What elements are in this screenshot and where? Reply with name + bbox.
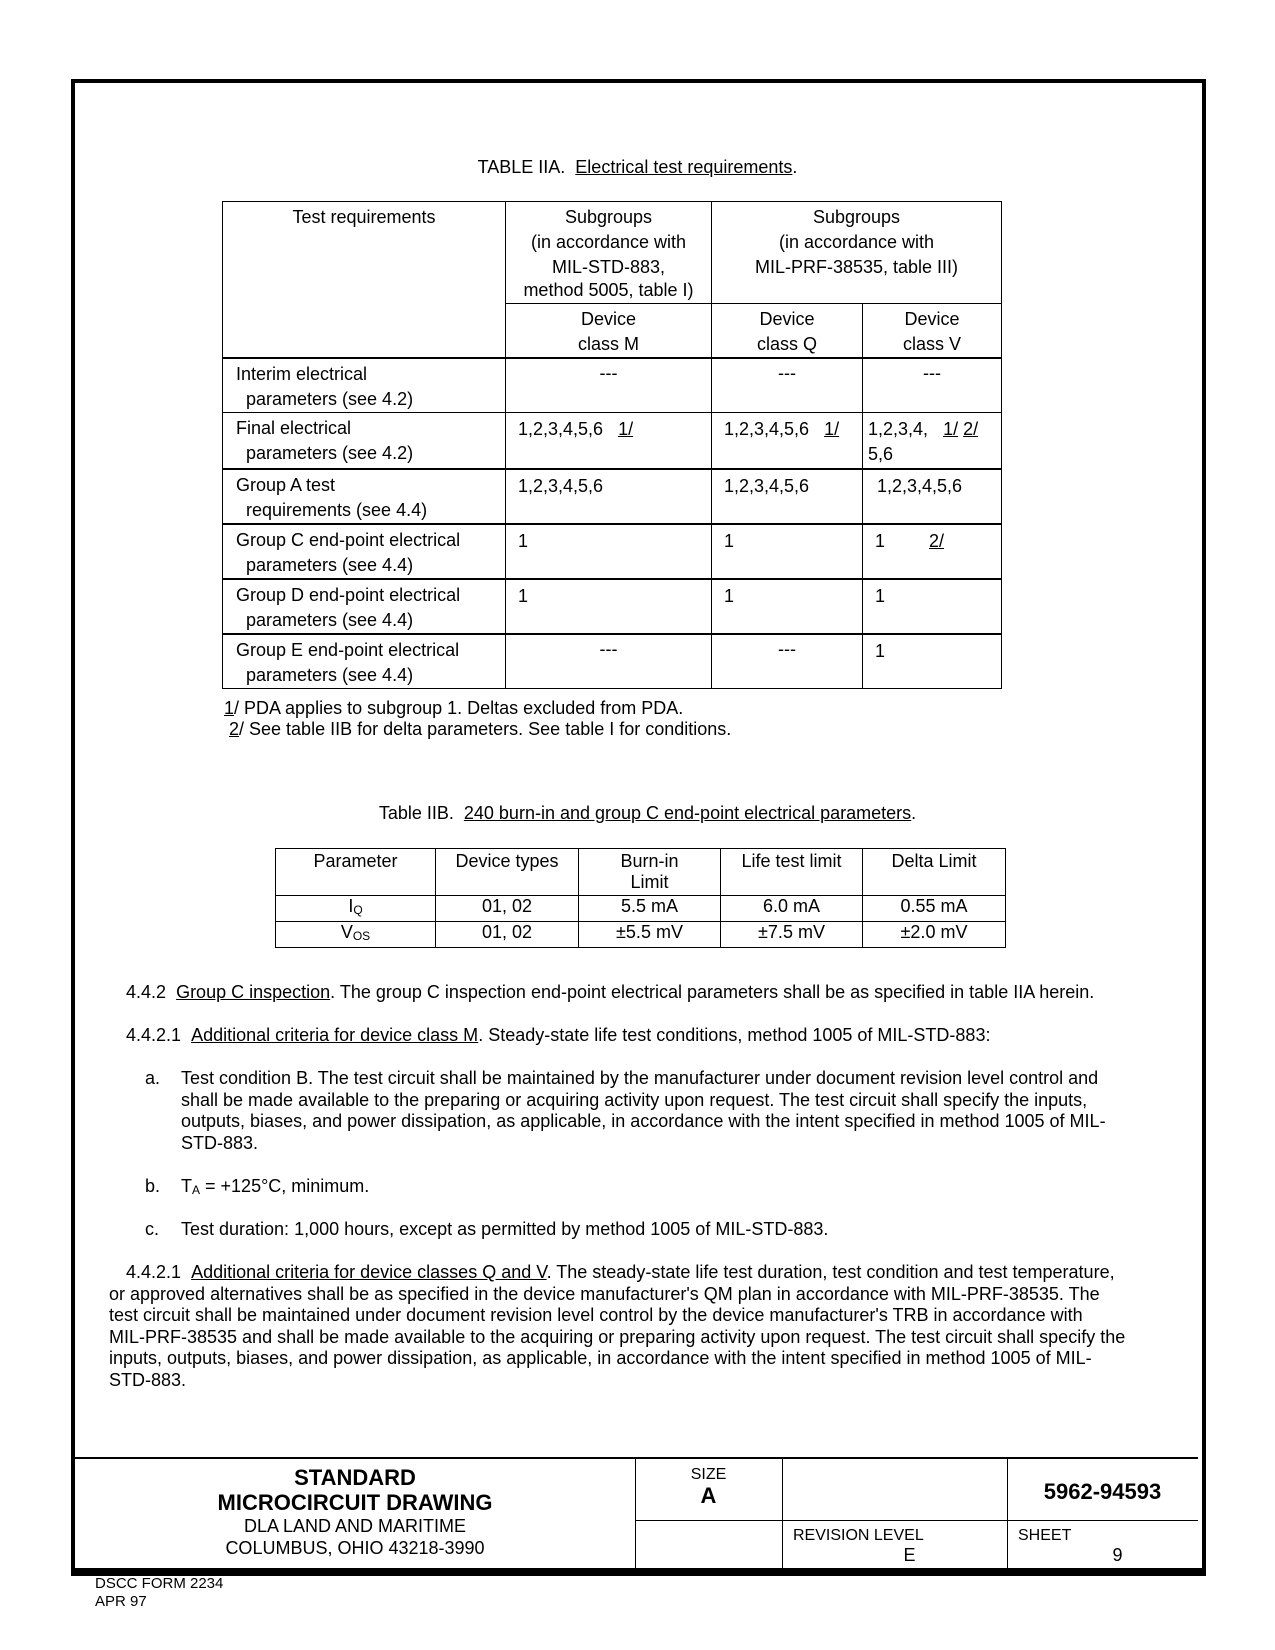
header-test-requirements: Test requirements (223, 202, 506, 359)
header-device-types: Device types (436, 849, 579, 896)
table-row: Group C end-point electricalparameters (… (223, 524, 1002, 579)
caption-prefix: Table IIB. (379, 803, 454, 823)
cell-class-q: 1 (712, 524, 863, 579)
cell-class-q: 1,2,3,4,5,6 (712, 469, 863, 524)
cell-parameter: IQ (276, 896, 436, 922)
footnote-ref: 2/ (963, 419, 978, 439)
section-4-4-2: 4.4.2 Group C inspection. The group C in… (126, 982, 1094, 1004)
header-parameter: Parameter (276, 849, 436, 896)
header-class-q: Deviceclass Q (712, 304, 863, 359)
cell-class-m: 1,2,3,4,5,6 1/ (506, 413, 712, 470)
header-class-m: Deviceclass M (506, 304, 712, 359)
form-date: APR 97 (95, 1593, 147, 1611)
item-c-label: c. (145, 1219, 159, 1241)
cell-delta: 0.55 mA (863, 896, 1006, 922)
cell-class-q: 1,2,3,4,5,6 1/ (712, 413, 863, 470)
section-4-4-2-1-class-m: 4.4.2.1 Additional criteria for device c… (126, 1025, 990, 1047)
caption-prefix: TABLE IIA. (478, 157, 566, 177)
item-a-label: a. (145, 1068, 160, 1090)
footnote-ref: 1/ (824, 419, 839, 439)
table-2a-caption: TABLE IIA. Electrical test requirements. (0, 157, 1275, 178)
drawing-number: 5962-94593 (1007, 1479, 1198, 1505)
row-requirement: Group C end-point electricalparameters (… (223, 524, 506, 579)
cell-class-m: --- (506, 358, 712, 413)
form-id: DSCC FORM 2234 (95, 1575, 223, 1593)
item-a-text: Test condition B. The test circuit shall… (181, 1068, 1106, 1154)
cell-class-m: --- (506, 634, 712, 689)
cell-life-test: 6.0 mA (721, 896, 863, 922)
table-row: Group E end-point electricalparameters (… (223, 634, 1002, 689)
cell-class-v: --- (863, 358, 1002, 413)
cell-burn-in: 5.5 mA (579, 896, 721, 922)
revision-label: REVISION LEVEL (793, 1526, 924, 1545)
cell-class-q: --- (712, 634, 863, 689)
table-row: Group D end-point electricalparameters (… (223, 579, 1002, 634)
caption-title: 240 burn-in and group C end-point electr… (464, 803, 911, 823)
footnote-ref: 1/ (618, 419, 633, 439)
cell-burn-in: ±5.5 mV (579, 922, 721, 948)
header-class-v: Deviceclass V (863, 304, 1002, 359)
table-row: Interim electricalparameters (see 4.2) -… (223, 358, 1002, 413)
sheet-label: SHEET (1018, 1526, 1071, 1545)
table-row: Group A testrequirements (see 4.4) 1,2,3… (223, 469, 1002, 524)
cell-parameter: VOS (276, 922, 436, 948)
row-requirement: Group D end-point electricalparameters (… (223, 579, 506, 634)
frame-bottom (71, 1568, 1206, 1576)
cell-delta: ±2.0 mV (863, 922, 1006, 948)
table-2b-caption: Table IIB. 240 burn-in and group C end-p… (10, 803, 1275, 824)
section-4-4-2-1-classes-q-v: 4.4.2.1 Additional criteria for device c… (109, 1262, 1199, 1391)
header-subgroups-38535: Subgroups (in accordance with MIL-PRF-38… (712, 202, 1002, 304)
header-subgroups-883: Subgroups (in accordance with MIL-STD-88… (506, 202, 712, 304)
item-b-text: TA = +125°C, minimum. (181, 1176, 369, 1202)
item-c-text: Test duration: 1,000 hours, except as pe… (181, 1219, 828, 1241)
caption-suffix: . (792, 157, 797, 177)
sheet-value: 9 (1007, 1545, 1198, 1566)
cell-class-v: 1,2,3,4,5,6 (863, 469, 1002, 524)
cell-life-test: ±7.5 mV (721, 922, 863, 948)
cell-class-q: 1 (712, 579, 863, 634)
row-requirement: Interim electricalparameters (see 4.2) (223, 358, 506, 413)
cell-class-v: 1,2,3,4, 1/ 2/5,6 (863, 413, 1002, 470)
table-row: IQ 01, 02 5.5 mA 6.0 mA 0.55 mA (276, 896, 1006, 922)
cell-class-m: 1,2,3,4,5,6 (506, 469, 712, 524)
item-b-label: b. (145, 1176, 160, 1198)
cell-class-v: 1 (863, 634, 1002, 689)
table-row: Final electricalparameters (see 4.2) 1,2… (223, 413, 1002, 470)
row-requirement: Group E end-point electricalparameters (… (223, 634, 506, 689)
header-delta-limit: Delta Limit (863, 849, 1006, 896)
footnote-2: 2/ See table IIB for delta parameters. S… (229, 719, 731, 740)
footnote-ref: 2/ (929, 531, 944, 551)
header-life-test-limit: Life test limit (721, 849, 863, 896)
row-requirement: Group A testrequirements (see 4.4) (223, 469, 506, 524)
table-2a: Test requirements Subgroups (in accordan… (222, 201, 1002, 689)
footnote-ref: 1/ (943, 419, 958, 439)
title-block: STANDARD MICROCIRCUIT DRAWING DLA LAND A… (75, 1457, 1198, 1571)
cell-class-v: 12/ (863, 524, 1002, 579)
divider (635, 1520, 1198, 1521)
caption-suffix: . (911, 803, 916, 823)
caption-title: Electrical test requirements (575, 157, 792, 177)
drawing-title: STANDARD MICROCIRCUIT DRAWING DLA LAND A… (75, 1465, 635, 1559)
size-cell: SIZE A (635, 1465, 782, 1508)
table-2b: Parameter Device types Burn-inLimit Life… (275, 848, 1006, 948)
cell-class-q: --- (712, 358, 863, 413)
revision-value: E (782, 1545, 1007, 1566)
cell-device-types: 01, 02 (436, 922, 579, 948)
cell-class-m: 1 (506, 524, 712, 579)
footnote-1: 1/ PDA applies to subgroup 1. Deltas exc… (224, 698, 683, 719)
cell-class-m: 1 (506, 579, 712, 634)
table-row: VOS 01, 02 ±5.5 mV ±7.5 mV ±2.0 mV (276, 922, 1006, 948)
header-burn-in-limit: Burn-inLimit (579, 849, 721, 896)
cell-class-v: 1 (863, 579, 1002, 634)
row-requirement: Final electricalparameters (see 4.2) (223, 413, 506, 470)
cell-device-types: 01, 02 (436, 896, 579, 922)
